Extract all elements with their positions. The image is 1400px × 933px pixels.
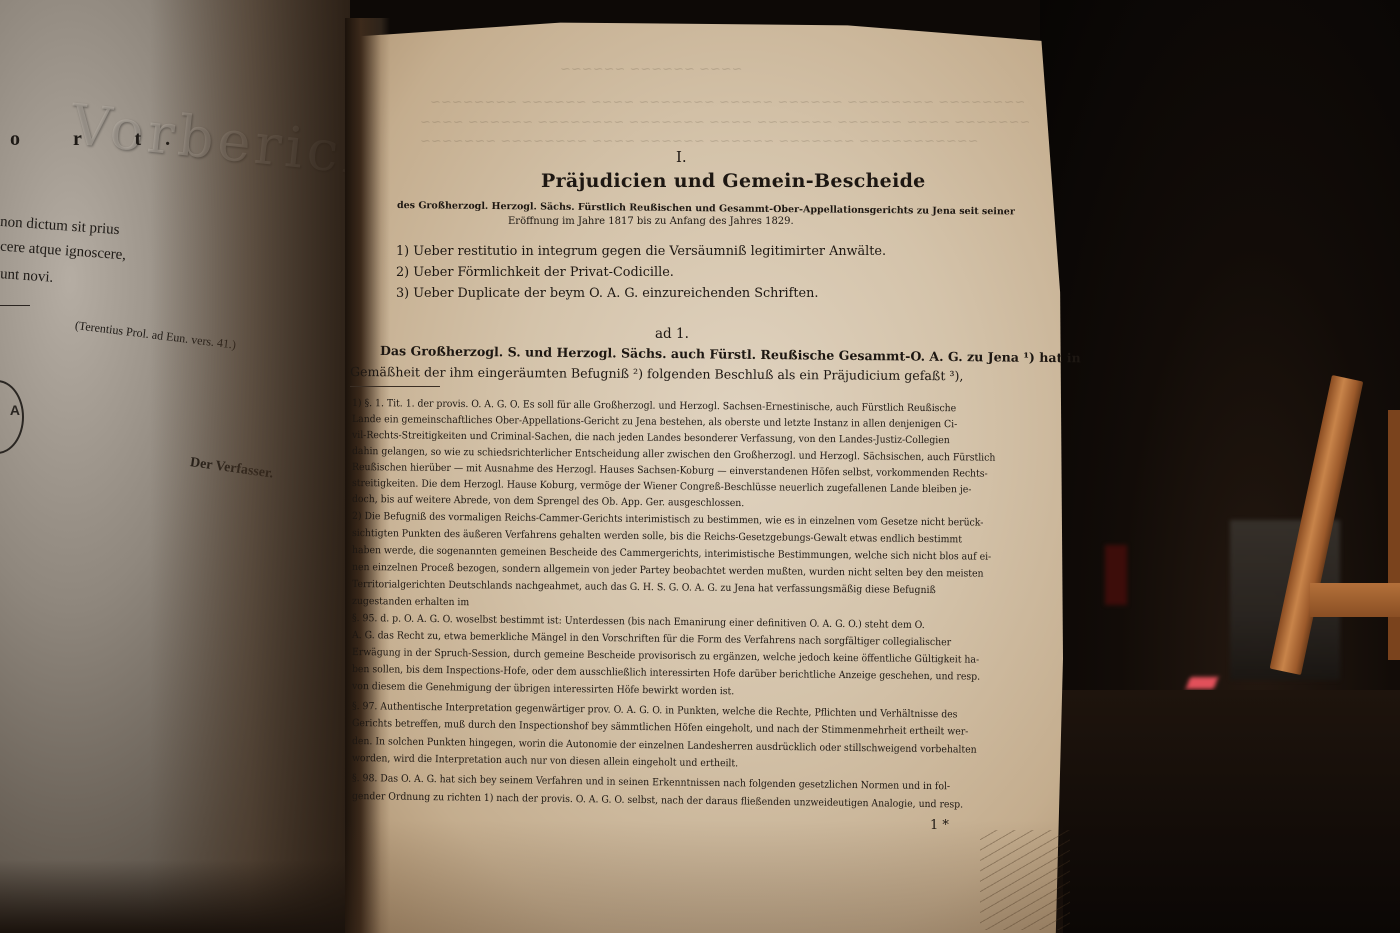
left-dash [0, 305, 30, 306]
page-title: Präjudicien und Gemein-Bescheide [541, 170, 926, 192]
stamp-letter: A [10, 402, 20, 418]
bleed-through-text: ~~~~~~~ ~~~~ ~~~~~~ ~~~~~~~ ~~~~ ~~~~~~~… [420, 115, 1030, 130]
table-surface [1060, 690, 1400, 933]
topic-item: 3) Ueber Duplicate der beym O. A. G. ein… [396, 286, 818, 301]
section-number: I. [676, 148, 687, 166]
footnote-rule [350, 386, 440, 387]
bleed-through-text: ~~~~~~~~ ~~~~~~~~ ~~~~~~ ~~~~~ ~~~~~~~ ~… [430, 95, 1025, 110]
right-page-bottom-shade [345, 820, 1063, 933]
library-stamp: A [0, 380, 24, 454]
bleed-through-text: ~~~~~~~~~~~ ~~~~~~~ ~~~~~~ ~~~~~~ ~~~~ ~… [420, 134, 979, 149]
background-pink-light [1186, 677, 1218, 689]
left-page-shadow [150, 0, 350, 933]
easel-crossbar [1310, 583, 1400, 617]
ad-heading: ad 1. [655, 326, 689, 342]
left-page: Vorbericht o r t. non dictum sit prius c… [0, 0, 350, 933]
background-red-object [1105, 545, 1127, 605]
page-subtitle: Eröffnung im Jahre 1817 bis zu Anfang de… [508, 216, 794, 227]
footnote-line: zugestanden erhalten im [352, 596, 469, 608]
latin-line: unt novi. [0, 266, 54, 287]
left-page-bottom-shadow [0, 860, 350, 933]
topic-item: 1) Ueber restitutio in integrum gegen di… [396, 244, 886, 259]
page-corner-wear [980, 830, 1070, 930]
bleed-through-text: ~~~~ ~~~~~~ ~~~~~~ [560, 62, 743, 77]
topic-item: 2) Ueber Förmlichkeit der Privat-Codicil… [396, 265, 674, 280]
easel-back-leg [1388, 410, 1400, 660]
book-photo-scene: Vorbericht o r t. non dictum sit prius c… [0, 0, 1400, 933]
latin-line: non dictum sit prius [0, 214, 120, 239]
latin-line: cere atque ignoscere, [0, 239, 127, 265]
